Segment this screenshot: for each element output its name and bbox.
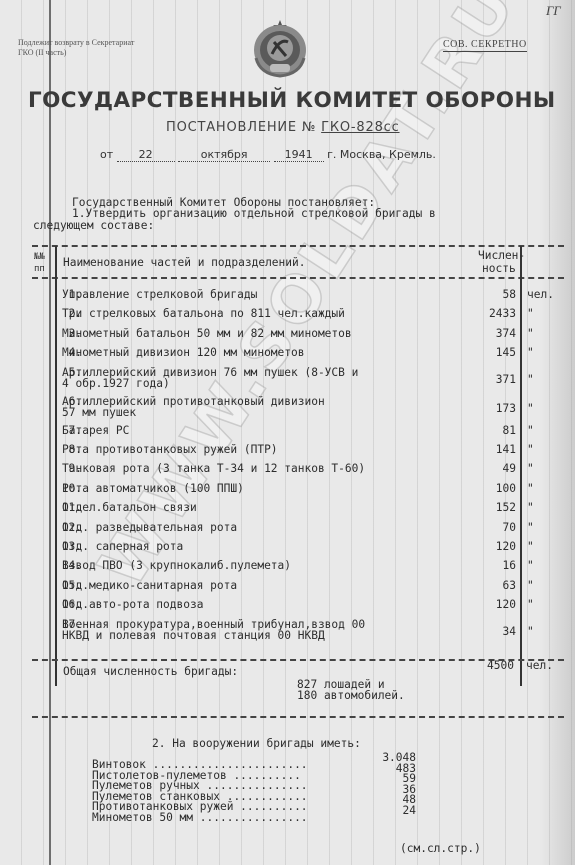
return-note: Подлежит возврату в Секретариат ГКО (II … <box>18 38 134 58</box>
row-unit: " <box>527 347 534 359</box>
row-count: 120 <box>450 541 516 553</box>
date-month: октября <box>178 148 270 162</box>
row-unit: " <box>527 626 534 638</box>
margin-rule <box>49 0 51 865</box>
total-count: 4500 <box>478 660 514 672</box>
table-header-rule <box>32 277 564 279</box>
date-place: г. Москва, Кремль. <box>327 148 436 161</box>
decree-heading: ПОСТАНОВЛЕНИЕ № ГКО-828сс <box>166 120 400 135</box>
row-count: 371 <box>450 374 516 386</box>
section-end-rule <box>32 716 564 718</box>
row-unit: " <box>527 425 534 437</box>
row-name: Артиллерийский дивизион 76 мм пушек (8-У… <box>62 367 358 389</box>
row-unit: " <box>527 374 534 386</box>
row-unit: " <box>527 541 534 553</box>
row-unit: " <box>527 328 534 340</box>
row-name: Управление стрелковой бригады <box>62 289 257 300</box>
decree-date: от 22 октября 1941 г. Москва, Кремль. <box>100 148 436 162</box>
row-name: Отд.медико-санитарная рота <box>62 580 237 591</box>
row-name: Взвод ПВО (3 крупнокалиб.пулемета) <box>62 560 291 571</box>
row-name: Батарея РС <box>62 425 129 436</box>
row-name: Танковая рота (3 танка Т-34 и 12 танков … <box>62 463 365 474</box>
row-count: 70 <box>450 522 516 534</box>
row-count: 2433 <box>450 308 516 320</box>
row-count: 34 <box>450 626 516 638</box>
row-name: Отд. саперная рота <box>62 541 183 552</box>
col-header-num: №№ пп <box>34 251 45 275</box>
armament-count: 24 <box>338 806 416 816</box>
row-count: 58 <box>450 289 516 301</box>
date-day: 22 <box>117 148 175 162</box>
row-name: Артиллерийский противотанковый дивизион5… <box>62 396 325 418</box>
row-unit: " <box>527 580 534 592</box>
row-unit: " <box>527 463 534 475</box>
table-top-rule <box>32 245 564 247</box>
classification-stamp: СОВ. СЕКРЕТНО <box>443 39 527 52</box>
armament-heading: 2. На вооружении бригады иметь: <box>152 738 361 750</box>
row-count: 49 <box>450 463 516 475</box>
row-unit: " <box>527 502 534 514</box>
row-unit: " <box>527 560 534 572</box>
row-count: 81 <box>450 425 516 437</box>
total-unit: чел. <box>526 660 553 672</box>
row-count: 374 <box>450 328 516 340</box>
row-unit: " <box>527 483 534 495</box>
row-name: Отд.авто-рота подвоза <box>62 599 203 610</box>
row-unit: " <box>527 403 534 415</box>
date-prefix: от <box>100 148 113 161</box>
row-count: 120 <box>450 599 516 611</box>
row-name: Три стрелковых батальона по 811 чел.кажд… <box>62 308 345 319</box>
armament-item: Минометов 50 мм ................24 <box>92 813 452 823</box>
row-unit: " <box>527 522 534 534</box>
intro-line3: следующем составе: <box>33 220 154 232</box>
row-unit: " <box>527 308 534 320</box>
row-name: Военная прокуратура,военный трибунал,взв… <box>62 619 365 641</box>
row-unit: " <box>527 444 534 456</box>
col-header-count: Числен- ность <box>478 249 525 275</box>
page-mark: ГГ <box>546 3 561 19</box>
row-name: Рота противотанковых ружей (ПТР) <box>62 444 278 455</box>
row-unit: чел. <box>527 289 554 301</box>
row-count: 16 <box>450 560 516 572</box>
row-count: 63 <box>450 580 516 592</box>
col-divider-num <box>55 246 57 686</box>
total-label: Общая численность бригады: <box>63 666 238 678</box>
return-note-line1: Подлежит возврату в Секретариат <box>18 38 134 48</box>
row-unit: " <box>527 599 534 611</box>
row-count: 141 <box>450 444 516 456</box>
row-name: Минометный дивизион 120 мм минометов <box>62 347 304 358</box>
ussr-coat-of-arms-icon <box>250 18 310 80</box>
row-name: Минометный батальон 50 мм и 82 мм миноме… <box>62 328 352 339</box>
return-note-line2: ГКО (II часть) <box>18 48 134 58</box>
document-page: WWW.SOLDAT.RU ГГ Подлежит возврату в Сек… <box>0 0 575 865</box>
date-year: 1941 <box>274 148 324 162</box>
row-count: 173 <box>450 403 516 415</box>
row-name: Отдел.батальон связи <box>62 502 197 513</box>
org-title: ГОСУДАРСТВЕННЫЙ КОМИТЕТ ОБОРОНЫ <box>28 88 556 113</box>
decree-number: ГКО-828сс <box>321 120 399 135</box>
continued-note: (см.сл.стр.) <box>400 843 481 855</box>
row-name: Рота автоматчиков (100 ППШ) <box>62 483 244 494</box>
row-count: 152 <box>450 502 516 514</box>
total-vehicles: 180 автомобилей. <box>297 690 405 702</box>
col-header-name: Наименование частей и подразделений. <box>63 257 305 269</box>
decree-label: ПОСТАНОВЛЕНИЕ № <box>166 120 316 135</box>
row-count: 100 <box>450 483 516 495</box>
armament-label: Минометов 50 мм ................ <box>92 811 308 824</box>
row-name: Отд. разведывательная рота <box>62 522 237 533</box>
row-count: 145 <box>450 347 516 359</box>
col-divider-count <box>520 246 522 686</box>
